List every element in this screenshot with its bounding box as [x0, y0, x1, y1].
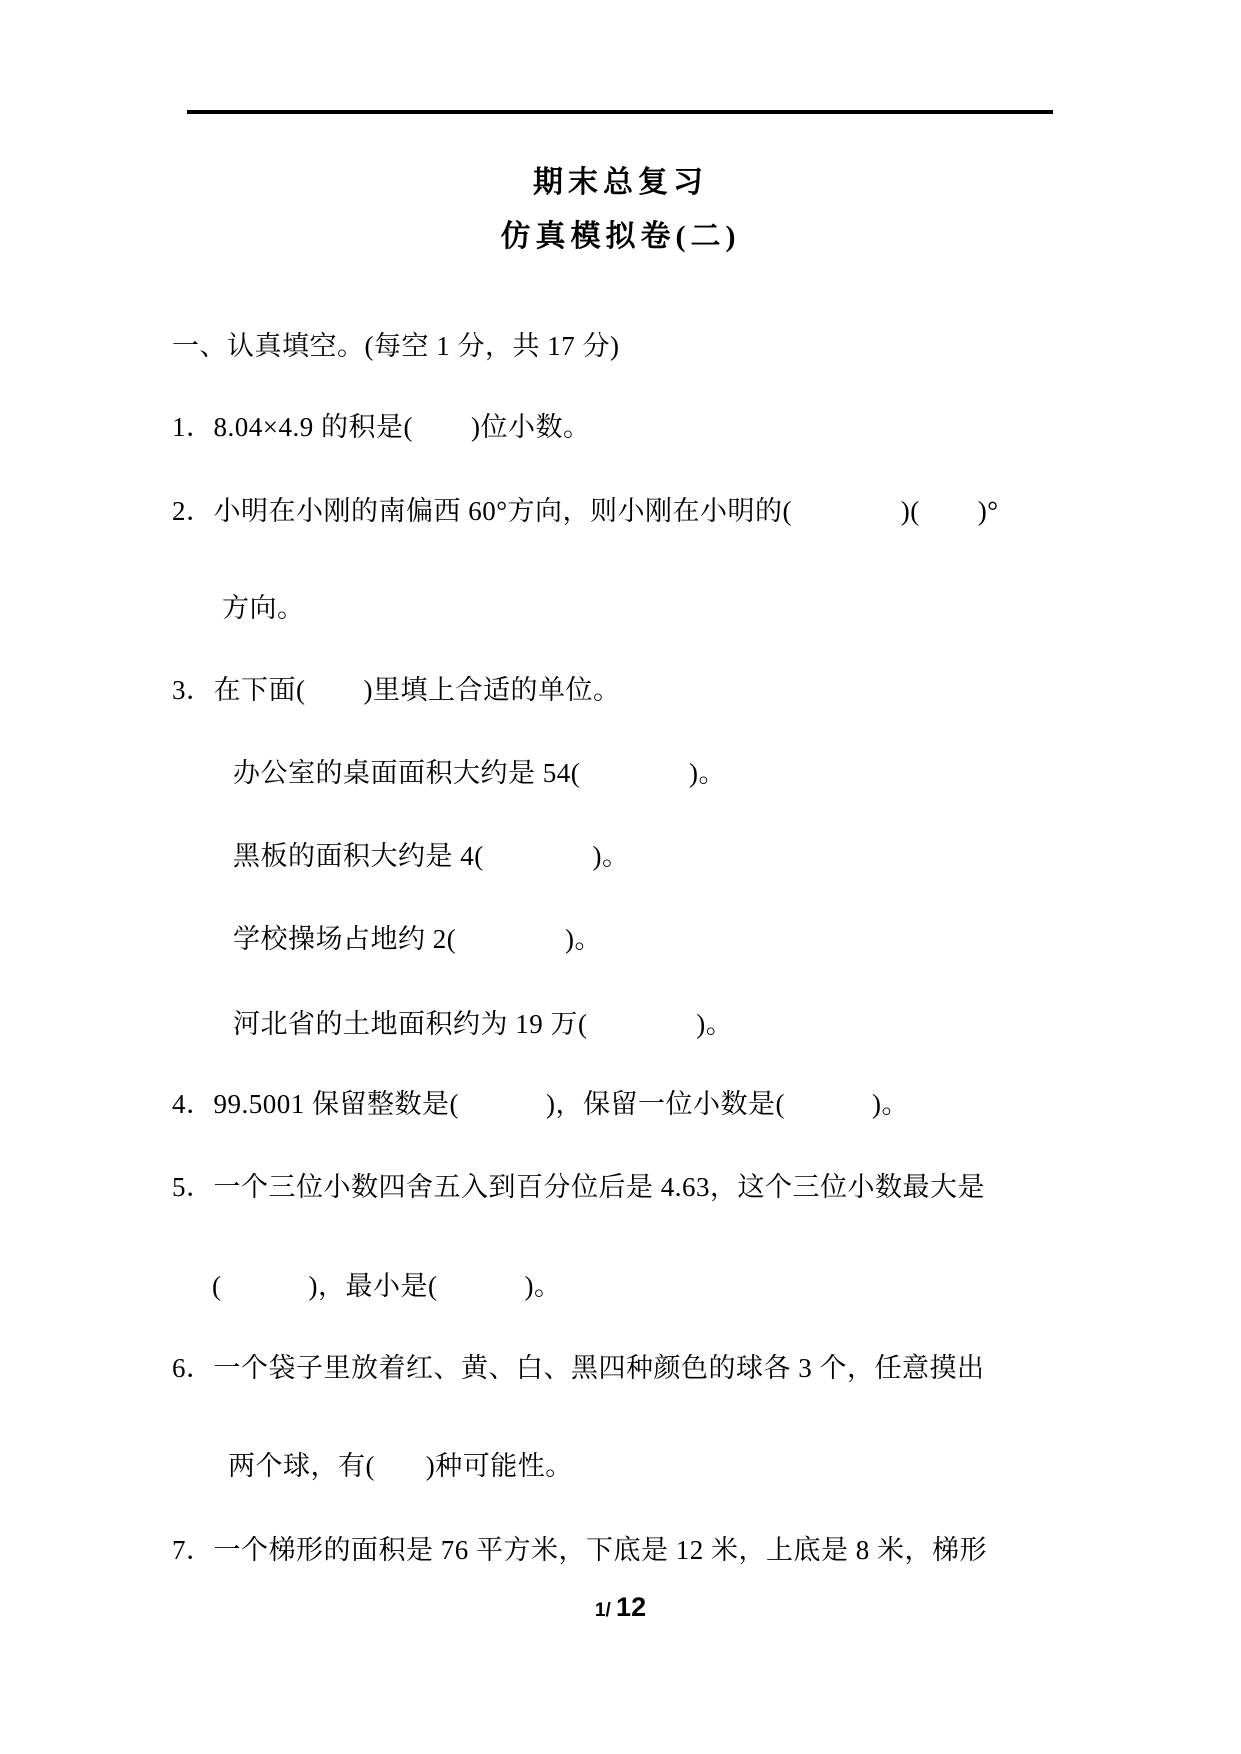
question-1-text: 1．8.04×4.9 的积是( )位小数。: [172, 409, 590, 445]
question-3-subitem-3: 学校操场占地约 2( )。: [233, 921, 602, 957]
section-1-heading: 一、认真填空。(每空 1 分，共 17 分): [172, 328, 619, 364]
document-subtitle: 仿真模拟卷(二): [0, 220, 1241, 254]
page-number-total: 12: [616, 1592, 646, 1622]
header-rule: [187, 110, 1053, 114]
question-5-text-line1: 5．一个三位小数四舍五入到百分位后是 4.63，这个三位小数最大是: [172, 1169, 985, 1205]
question-3-subitem-4: 河北省的土地面积约为 19 万( )。: [233, 1006, 733, 1042]
question-5-text-line2: ( )，最小是( )。: [212, 1268, 561, 1304]
question-3-subitem-1: 办公室的桌面面积大约是 54( )。: [233, 755, 726, 791]
question-3-text: 3．在下面( )里填上合适的单位。: [172, 672, 620, 708]
question-6-text-line2: 两个球，有( )种可能性。: [228, 1448, 573, 1484]
question-2-text-line1: 2．小明在小刚的南偏西 60°方向，则小刚在小明的( )( )°: [172, 493, 999, 529]
page-footer: 1/ 12: [0, 1592, 1241, 1623]
page-number-current: 1/: [595, 1600, 611, 1621]
document-page: 期末总复习 仿真模拟卷(二) 一、认真填空。(每空 1 分，共 17 分) 1．…: [0, 0, 1241, 1754]
question-4-text: 4．99.5001 保留整数是( )，保留一位小数是( )。: [172, 1086, 909, 1122]
question-2-text-line2: 方向。: [222, 590, 305, 626]
question-7-text: 7．一个梯形的面积是 76 平方米，下底是 12 米，上底是 8 米，梯形: [172, 1532, 987, 1568]
document-title: 期末总复习: [0, 166, 1241, 200]
question-3-subitem-2: 黑板的面积大约是 4( )。: [233, 838, 629, 874]
question-6-text-line1: 6．一个袋子里放着红、黄、白、黑四种颜色的球各 3 个，任意摸出: [172, 1350, 985, 1386]
